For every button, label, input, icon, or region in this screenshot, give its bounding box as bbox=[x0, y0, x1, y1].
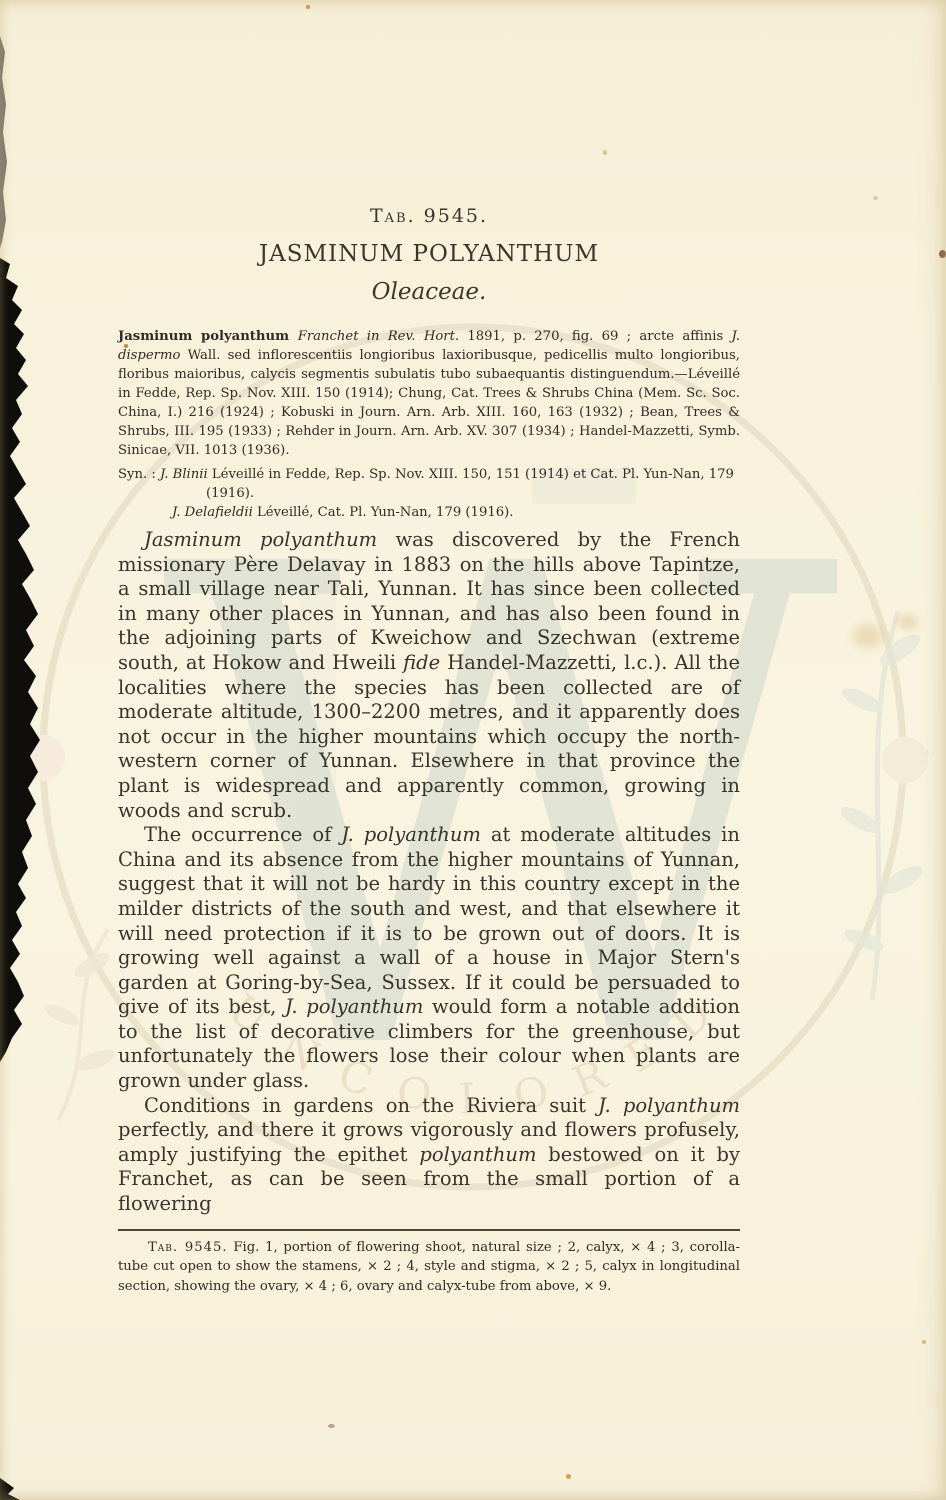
torn-edge-main bbox=[0, 258, 40, 1062]
torn-page-edge bbox=[0, 0, 946, 1500]
torn-edge-corner-bottom bbox=[0, 1478, 20, 1500]
torn-edge-sliver-top bbox=[0, 36, 7, 248]
scanned-book-page: W UNCOLORED bbox=[0, 0, 946, 1500]
